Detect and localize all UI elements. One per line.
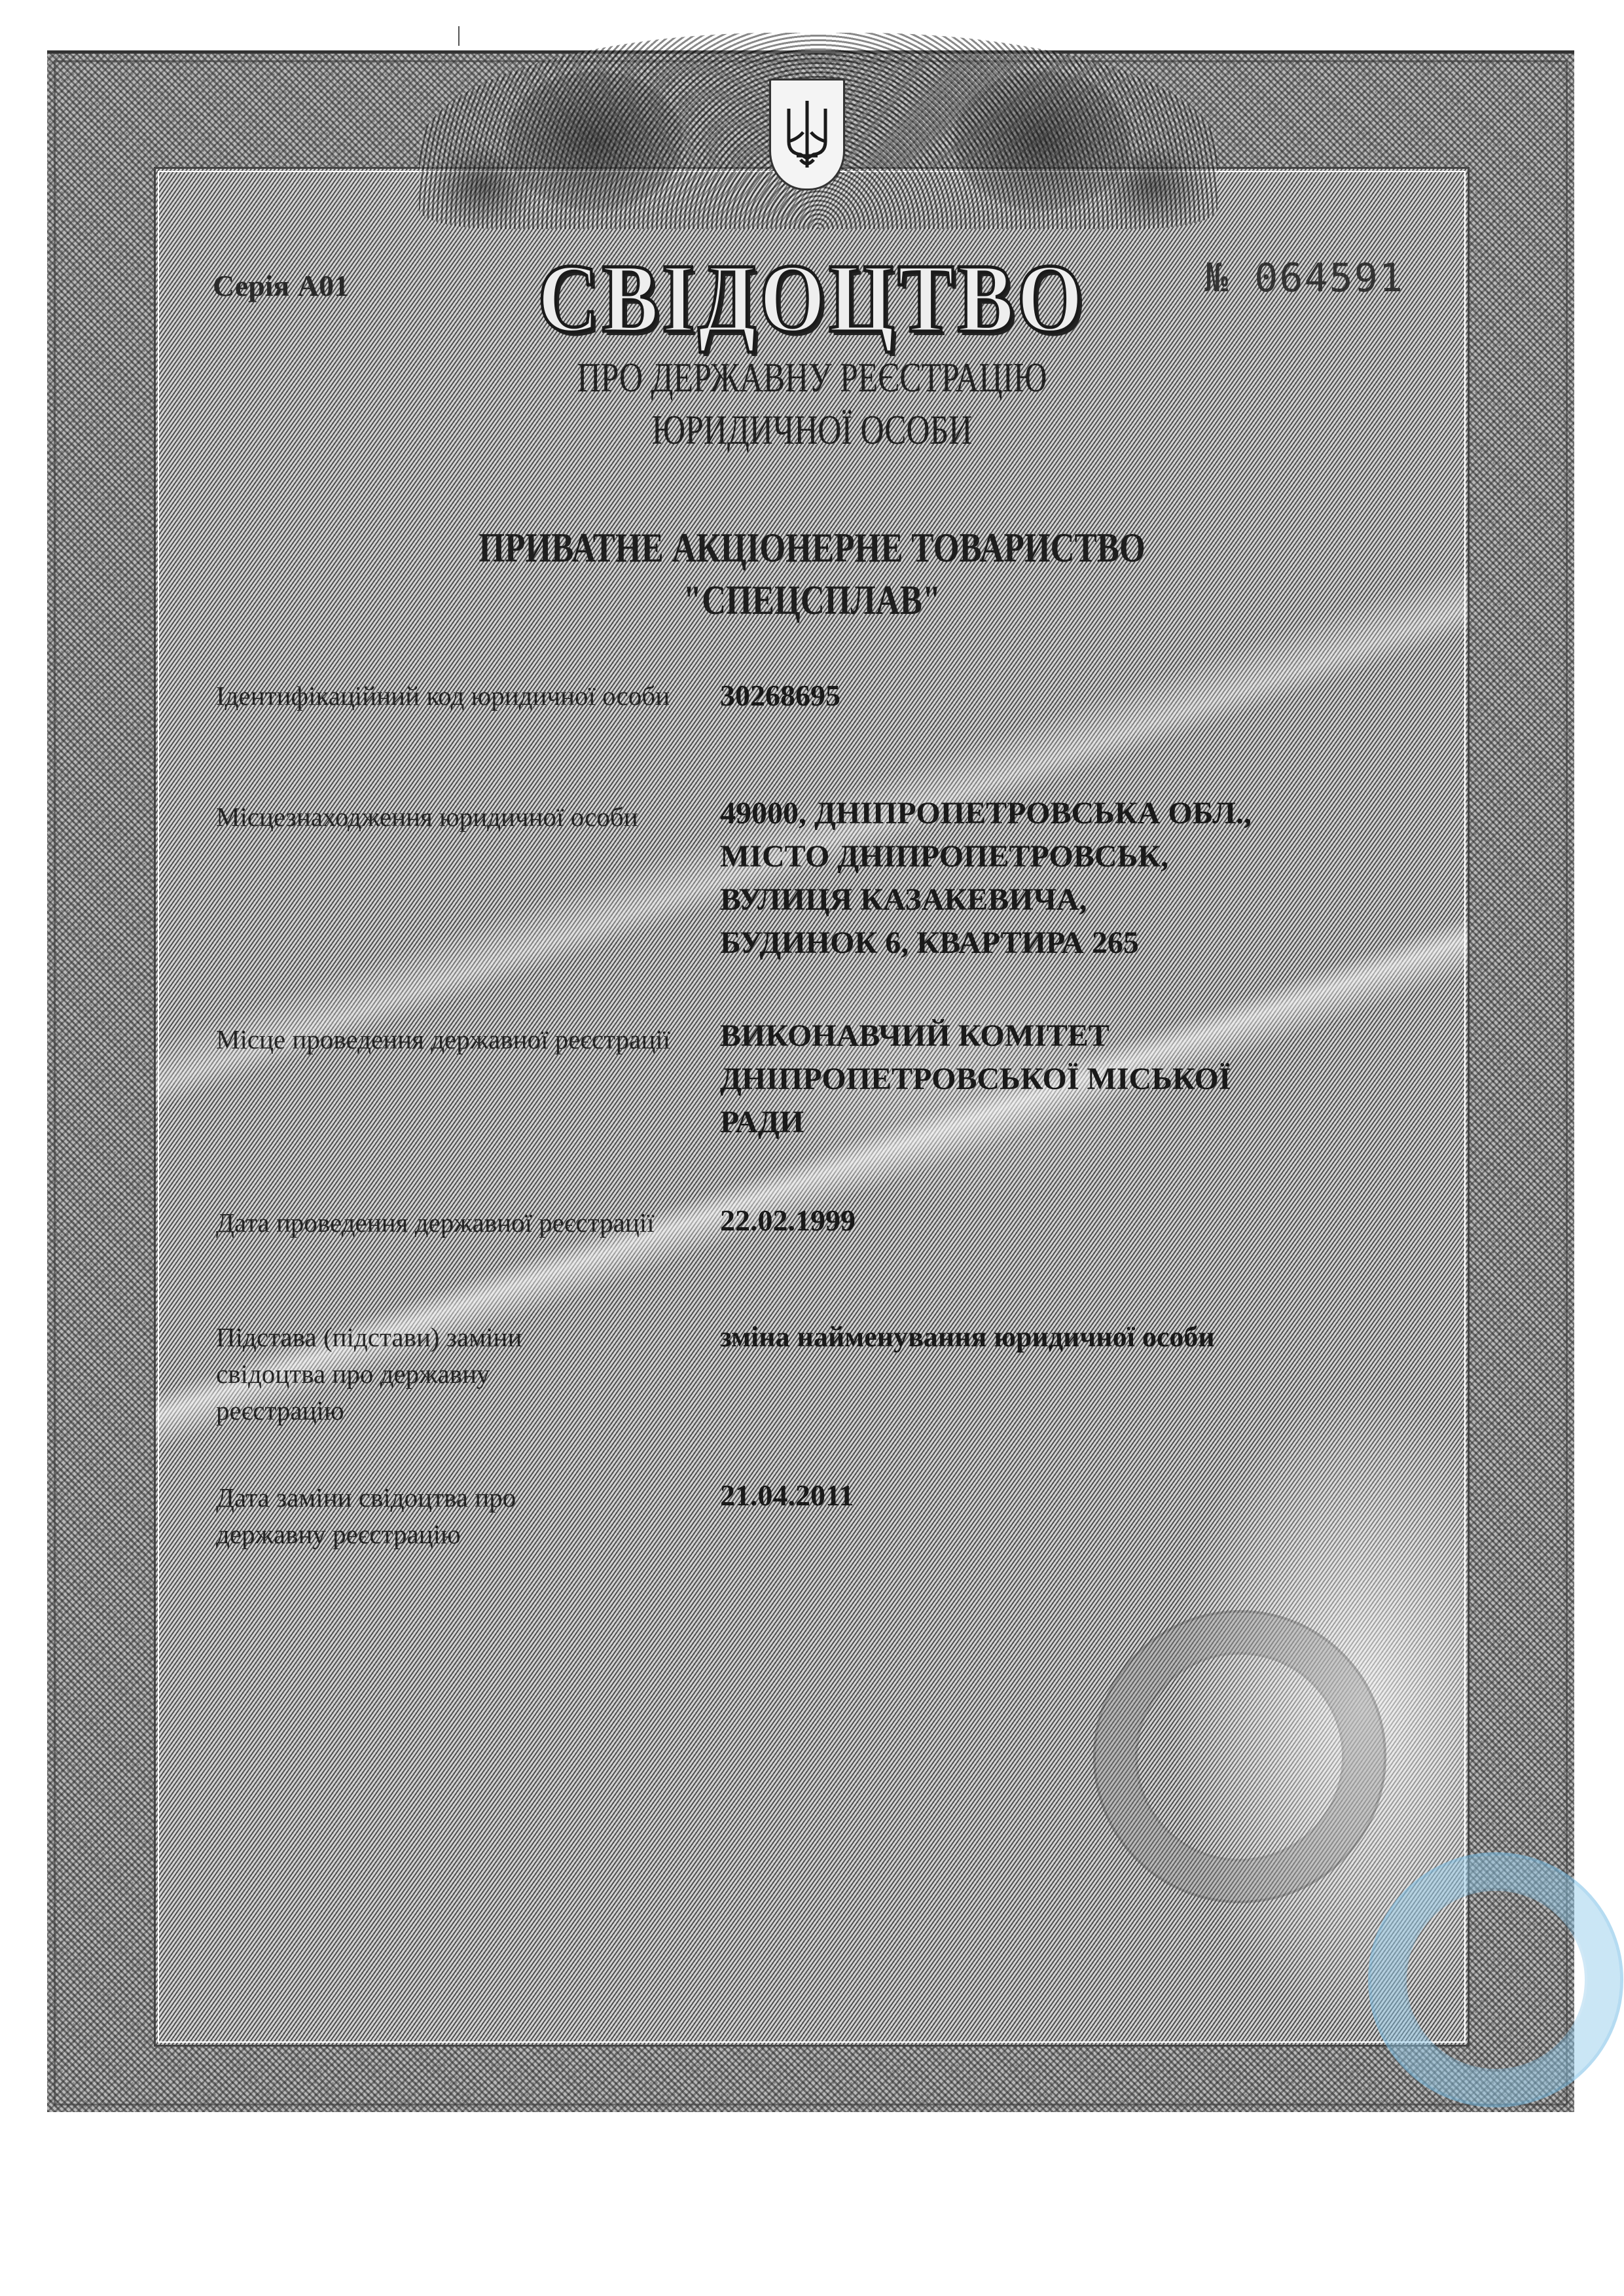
subtitle-line-1: ПРО ДЕРЖАВНУ РЕЄСТРАЦІЮ [179, 353, 1445, 402]
field-label-replacement-date: Дата заміни свідоцтва про державну реєст… [216, 1479, 583, 1552]
trident-icon [781, 96, 833, 174]
field-value-identification-code: 30268695 [720, 674, 1440, 717]
field-label-address: Місцезнаходження юридичної особи [216, 798, 700, 835]
address-line: 49000, ДНІПРОПЕТРОВСЬКА ОБЛ., [720, 792, 1440, 835]
field-value-address: 49000, ДНІПРОПЕТРОВСЬКА ОБЛ., МІСТО ДНІП… [720, 792, 1440, 965]
field-value-registration-place: ВИКОНАВЧИЙ КОМІТЕТ ДНІПРОПЕТРОВСЬКОЇ МІС… [720, 1014, 1440, 1144]
address-line: МІСТО ДНІПРОПЕТРОВСЬК, [720, 835, 1440, 878]
trident-coat-of-arms-icon [769, 79, 845, 190]
field-value-replacement-reason: зміна найменування юридичної особи [720, 1316, 1440, 1359]
registration-place-line: ДНІПРОПЕТРОВСЬКОЇ МІСЬКОЇ [720, 1058, 1440, 1101]
official-seal-stamp [1093, 1610, 1386, 1903]
field-label-registration-date: Дата проведення державної реєстрації [216, 1204, 700, 1241]
scan-artifact [458, 26, 460, 46]
address-line: ВУЛИЦЯ КАЗАКЕВИЧА, [720, 878, 1440, 922]
blue-seal-stamp [1368, 1852, 1623, 2108]
field-label-replacement-reason: Підстава (підстави) заміни свідоцтва про… [216, 1319, 609, 1429]
subtitle-line-2: ЮРИДИЧНОЇ ОСОБИ [179, 406, 1445, 454]
field-label-identification-code: Ідентифікаційний код юридичної особи [216, 677, 700, 714]
registration-place-line: ВИКОНАВЧИЙ КОМІТЕТ [720, 1014, 1440, 1058]
certificate-number: № 064591 [1204, 255, 1404, 301]
field-value-registration-date: 22.02.1999 [720, 1199, 1440, 1242]
field-label-registration-place: Місце проведення державної реєстрації [216, 1021, 700, 1058]
registration-place-line: РАДИ [720, 1101, 1440, 1144]
company-name: "СПЕЦСПЛАВ" [162, 576, 1462, 624]
company-type: ПРИВАТНЕ АКЦІОНЕРНЕ ТОВАРИСТВО [162, 524, 1462, 572]
field-value-replacement-date: 21.04.2011 [720, 1474, 1440, 1517]
address-line: БУДИНОК 6, КВАРТИРА 265 [720, 922, 1440, 965]
